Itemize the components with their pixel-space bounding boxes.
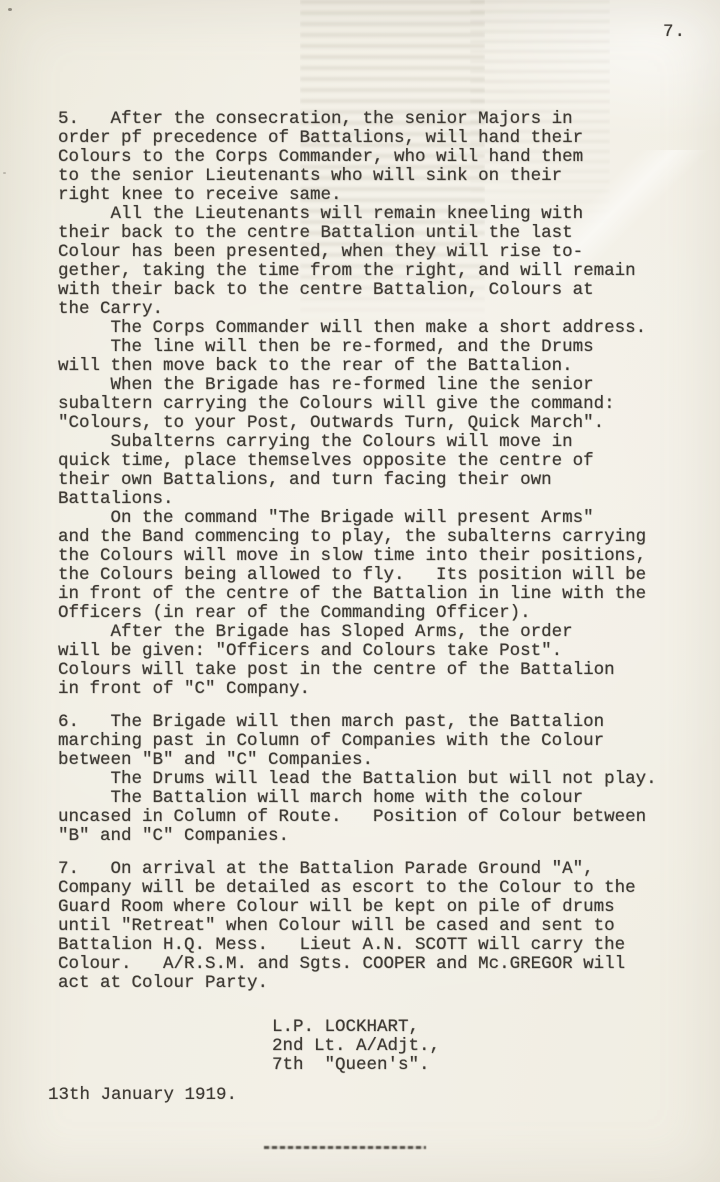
section-5-paragraph: 5. After the consecration, the senior Ma…: [58, 110, 657, 699]
section-6-paragraph: 6. The Brigade will then march past, the…: [58, 713, 657, 846]
page-number: 7.: [663, 22, 686, 42]
section-7-paragraph: 7. On arrival at the Battalion Parade Gr…: [58, 860, 657, 993]
paper-speck: [8, 8, 12, 11]
date-line: 13th January 1919.: [48, 1086, 237, 1105]
paper-speck: [3, 172, 6, 174]
document-body: 5. After the consecration, the senior Ma…: [58, 110, 657, 993]
document-page: 7. 5. After the consecration, the senior…: [0, 0, 720, 1182]
separator-line: [264, 1146, 426, 1149]
signature-block: L.P. LOCKHART, 2nd Lt. A/Adjt., 7th "Que…: [272, 1018, 440, 1075]
